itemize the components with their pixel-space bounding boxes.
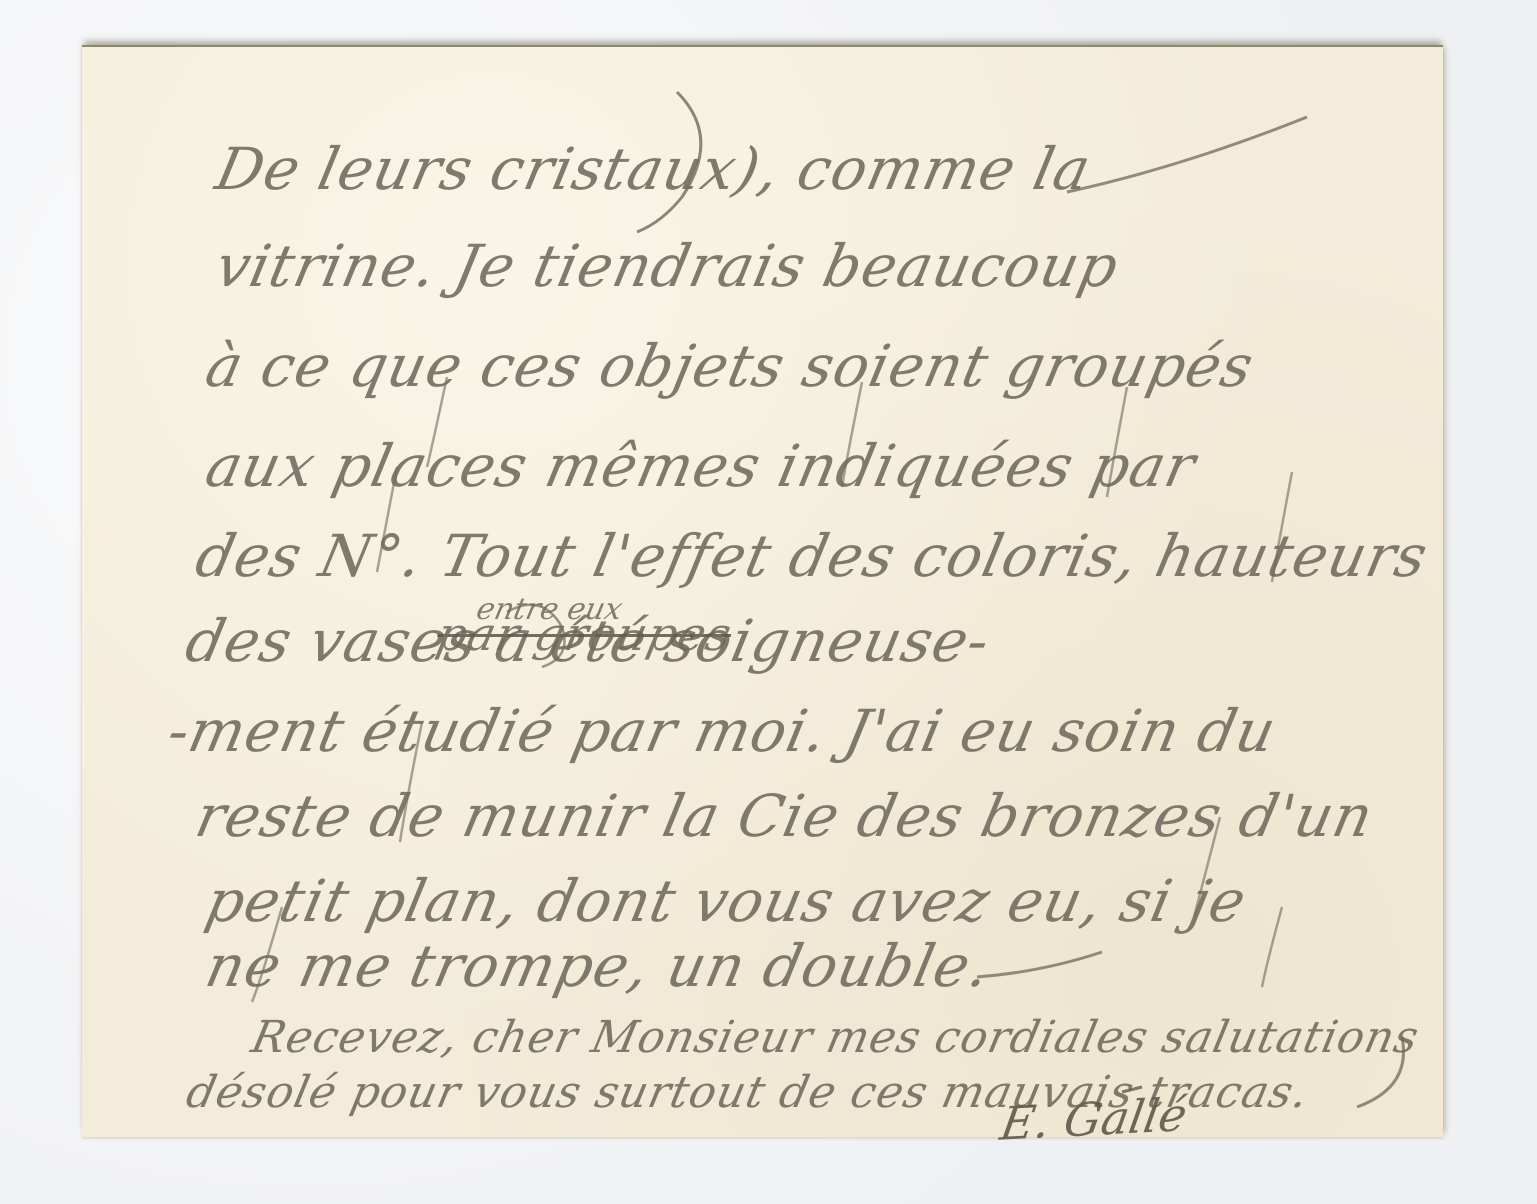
struck-through-words: par groupes [432,607,737,661]
letter-line-5: des N°. Tout l'effet des coloris, hauteu… [190,522,1434,590]
letter-line-8: reste de munir la Cie des bronzes d'un [190,782,1380,850]
signature: E. Gallé [997,1087,1191,1151]
letter-line-3: à ce que ces objets soient groupés [200,332,1260,400]
letter-line-1: De leurs cristaux), comme la [210,135,1097,203]
closing-salutation: Recevez, cher Monsieur mes cordiales sal… [247,1012,1424,1063]
crossed-out-text: par groupes [432,607,737,661]
handwritten-text: De leurs cristaux), comme la vitrine. Je… [82,47,1443,1137]
letter-line-2: vitrine. Je tiendrais beaucoup [210,232,1125,300]
letter-card: De leurs cristaux), comme la vitrine. Je… [82,45,1443,1137]
letter-line-9: petit plan, dont vous avez eu, si je [200,867,1253,935]
letter-line-4: aux places mêmes indiquées par [200,432,1202,500]
letter-line-7: -ment étudié par moi. J'ai eu soin du [162,697,1283,765]
letter-line-10: ne me trompe, un double. [200,932,997,1000]
